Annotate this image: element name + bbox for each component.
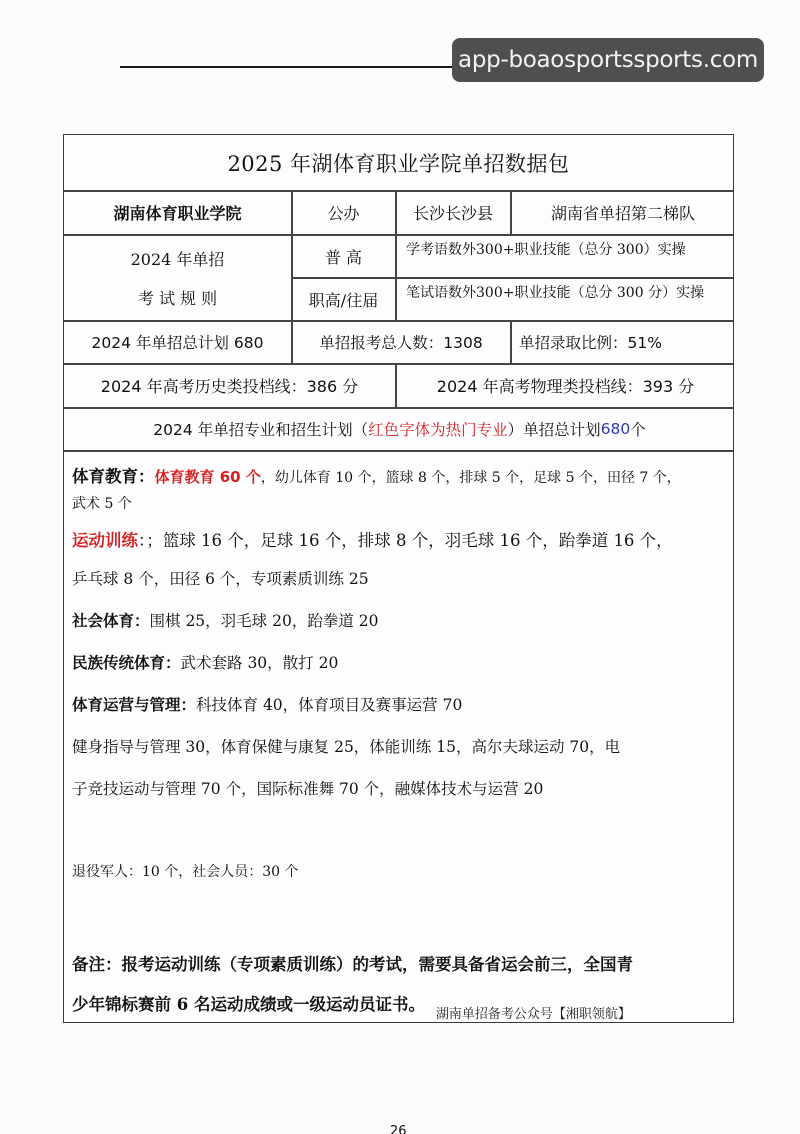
major-label: 体育运营与管理： <box>72 695 196 714</box>
physics-cutoff: 2024 年高考物理类投档线：393 分 <box>396 364 735 407</box>
major-details: ：；篮球 16 个，足球 16 个，排球 8 个，羽毛球 16 个，跆拳道 16… <box>138 531 673 550</box>
special-quota: 退役军人：10 个，社会人员：30 个 <box>72 861 299 881</box>
school-name: 湖南体育职业学院 <box>64 191 291 234</box>
note-source: 湖南单招备考公众号【湘职领航】 <box>436 1007 631 1022</box>
document-title: 2025 年湖体育职业学院单招数据包 <box>64 135 733 191</box>
divider <box>64 450 733 452</box>
exam-category-vocational: 职高/往届 <box>292 278 395 320</box>
major-details: ，幼儿体育 10 个，篮球 8 个，排球 5 个，足球 5 个，田径 7 个， <box>261 470 681 486</box>
note-line1: 备注：报考运动训练（专项素质训练）的考试，需要具备省运会前三，全国青 <box>72 951 633 975</box>
plan-header-middle: ）单招总计划 <box>508 418 601 440</box>
major-sports-training-cont: 乒乓球 8 个，田径 6 个，专项素质训练 25 <box>72 567 369 589</box>
note-line2-wrap: 少年锦标赛前 6 名运动成绩或一级运动员证书。 湖南单招备考公众号【湘职领航】 <box>72 991 631 1015</box>
major-label: 体育教育： <box>72 467 155 486</box>
major-others-line2: 子竞技运动与管理 70 个，国际标准舞 70 个，融媒体技术与运营 20 <box>72 777 543 799</box>
total-plan: 2024 年单招总计划 680 <box>64 321 291 363</box>
exam-rules-label: 2024 年单招 考 试 规 则 <box>64 235 291 320</box>
major-ethnic-sports: 民族传统体育：武术套路 30，散打 20 <box>72 651 338 673</box>
plan-header-suffix: 个 <box>630 418 646 440</box>
major-label: 民族传统体育： <box>72 653 181 672</box>
school-tier: 湖南省单招第二梯队 <box>511 191 735 234</box>
major-details: 武术套路 30，散打 20 <box>181 654 339 672</box>
major-pe-education: 体育教育：体育教育 60 个，幼儿体育 10 个，篮球 8 个，排球 5 个，足… <box>72 463 681 487</box>
exam-rules-label-line1: 2024 年单招 <box>131 247 225 270</box>
exam-rule-general: 学考语数外300+职业技能（总分 300）实操 <box>396 235 735 277</box>
major-label: 社会体育： <box>72 611 150 630</box>
major-sports-ops: 体育运营与管理：科技体育 40，体育项目及赛事运营 70 <box>72 693 462 715</box>
note-line2: 少年锦标赛前 6 名运动成绩或一级运动员证书。 <box>72 995 425 1014</box>
admissions-data-table: 2025 年湖体育职业学院单招数据包 湖南体育职业学院 公办 长沙长沙县 湖南省… <box>63 134 734 1023</box>
plan-header-prefix: 2024 年单招专业和招生计划（ <box>153 418 368 440</box>
exam-rules-label-line2: 考 试 规 则 <box>138 286 217 309</box>
major-social-sports: 社会体育：围棋 25，羽毛球 20，跆拳道 20 <box>72 609 378 631</box>
major-sports-training: 运动训练：；篮球 16 个，足球 16 个，排球 8 个，羽毛球 16 个，跆拳… <box>72 527 673 551</box>
exam-category-general: 普 高 <box>292 235 395 277</box>
school-type: 公办 <box>292 191 395 234</box>
major-others-line1: 健身指导与管理 30，体育保健与康复 25，体能训练 15，高尔夫球运动 70，… <box>72 735 620 757</box>
plan-header-highlight: 红色字体为热门专业 <box>368 418 508 440</box>
plan-header: 2024 年单招专业和招生计划（红色字体为热门专业）单招总计划680 个 <box>64 408 735 450</box>
major-details: 围棋 25，羽毛球 20，跆拳道 20 <box>150 612 379 630</box>
history-cutoff: 2024 年高考历史类投档线：386 分 <box>64 364 395 407</box>
major-pe-education-cont: 武术 5 个 <box>72 493 132 513</box>
school-location: 长沙长沙县 <box>396 191 510 234</box>
hot-major: 体育教育 60 个 <box>155 468 261 486</box>
admission-rate: 单招录取比例：51% <box>511 321 735 363</box>
exam-rule-vocational: 笔试语数外300+职业技能（总分 300 分）实操 <box>396 278 735 320</box>
applicants-count: 单招报考总人数：1308 <box>292 321 510 363</box>
watermark-badge: app-boaosportssports.com <box>452 38 764 82</box>
page-number: 26 <box>390 1124 407 1134</box>
hot-major-label: 运动训练 <box>72 531 138 550</box>
major-details: 科技体育 40，体育项目及赛事运营 70 <box>196 696 462 714</box>
plan-header-total: 680 <box>601 420 631 438</box>
